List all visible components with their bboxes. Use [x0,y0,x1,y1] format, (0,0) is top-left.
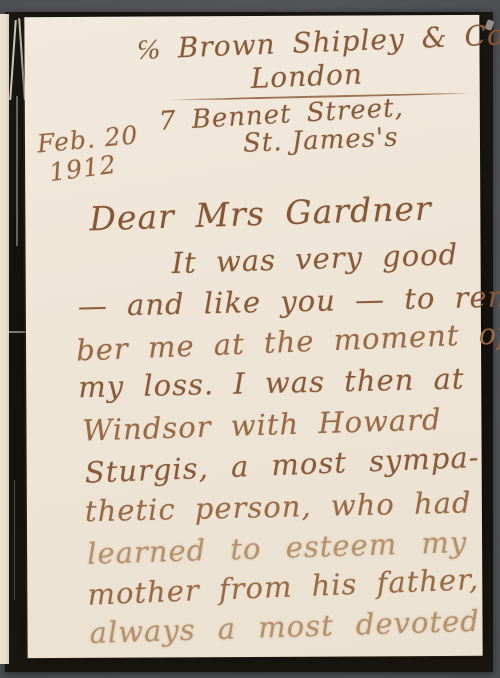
photo-background: ℅ Brown Shipley & Co London 7 Bennet Str… [0,0,500,678]
adjacent-page-edge [0,14,9,664]
letterhead-city-line: London [250,57,364,94]
body-line: thetic person, who had [85,485,472,528]
body-line: Sturgis, a most sympa- [84,440,480,490]
body-line: my loss. I was then at [78,362,465,405]
body-line: ber me at the moment of [76,316,500,367]
body-line: mother from his father, [87,562,480,612]
body-line: — and like you — to remem- [77,278,500,323]
body-line: always a most devoted [89,604,480,650]
body-line: Windsor with Howard [82,402,442,447]
scratch-mark [8,331,27,333]
scratch-mark [14,480,15,600]
scratch-mark [16,96,18,246]
letterhead-district-line: St. James's [242,123,399,159]
letter-paper: ℅ Brown Shipley & Co London 7 Bennet Str… [24,15,482,658]
body-line: It was very good [171,237,459,280]
salutation: Dear Mrs Gardner [89,189,432,239]
